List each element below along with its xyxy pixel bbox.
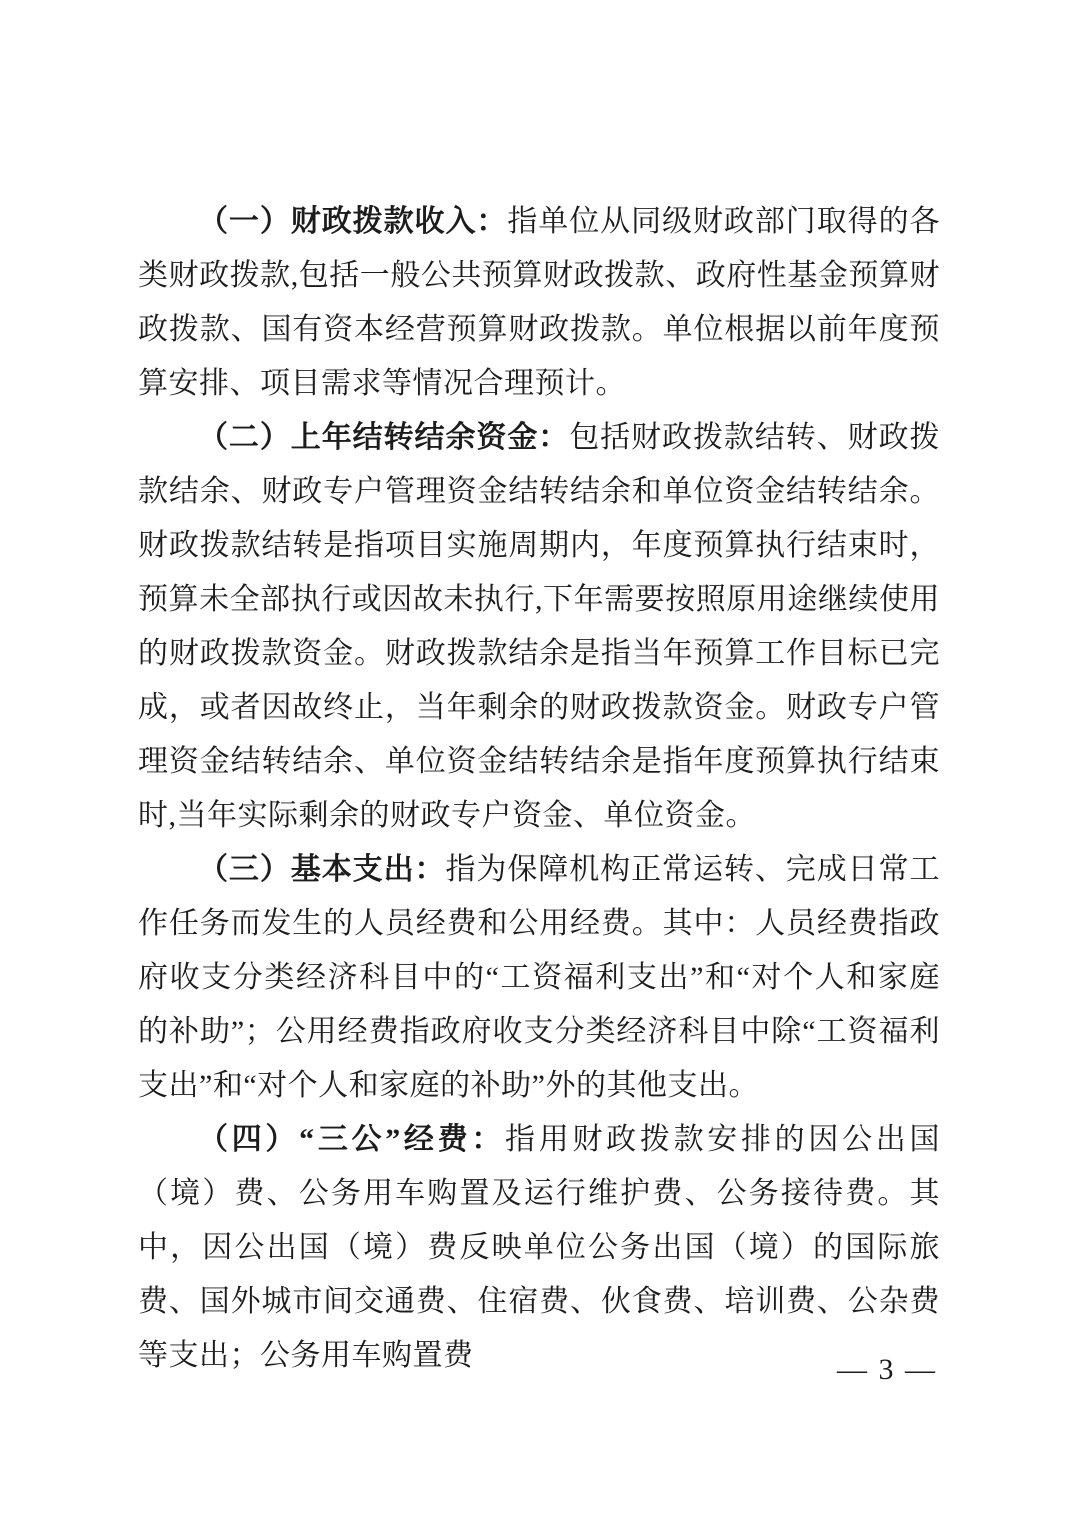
paragraph-3-lead: （三）基本支出： xyxy=(198,853,445,886)
paragraph-basic-expenditure: （三）基本支出：指为保障机构正常运转、完成日常工作任务而发生的人员经费和公用经费… xyxy=(138,843,940,1113)
document-body: （一）财政拨款收入：指单位从同级财政部门取得的各类财政拨款,包括一般公共预算财政… xyxy=(138,195,940,1383)
paragraph-2-text: 包括财政拨款结转、财政拨款结余、财政专户管理资金结转结余和单位资金结转结余。财政… xyxy=(138,421,940,832)
page-number: — 3 — xyxy=(837,1352,937,1388)
paragraph-1-lead: （一）财政拨款收入： xyxy=(198,205,507,238)
paragraph-4-text: 指用财政拨款安排的因公出国（境）费、公务用车购置及运行维护费、公务接待费。其中，… xyxy=(138,1123,940,1372)
paragraph-three-public-expenses: （四）“三公”经费：指用财政拨款安排的因公出国（境）费、公务用车购置及运行维护费… xyxy=(138,1113,940,1383)
paragraph-4-lead: （四）“三公”经费： xyxy=(198,1123,505,1156)
paragraph-3-text: 指为保障机构正常运转、完成日常工作任务而发生的人员经费和公用经费。其中：人员经费… xyxy=(138,853,940,1102)
document-page: （一）财政拨款收入：指单位从同级财政部门取得的各类财政拨款,包括一般公共预算财政… xyxy=(0,0,1074,1520)
paragraph-carryover-surplus-funds: （二）上年结转结余资金：包括财政拨款结转、财政拨款结余、财政专户管理资金结转结余… xyxy=(138,411,940,843)
paragraph-fiscal-appropriation-income: （一）财政拨款收入：指单位从同级财政部门取得的各类财政拨款,包括一般公共预算财政… xyxy=(138,195,940,411)
paragraph-2-lead: （二）上年结转结余资金： xyxy=(198,421,569,454)
